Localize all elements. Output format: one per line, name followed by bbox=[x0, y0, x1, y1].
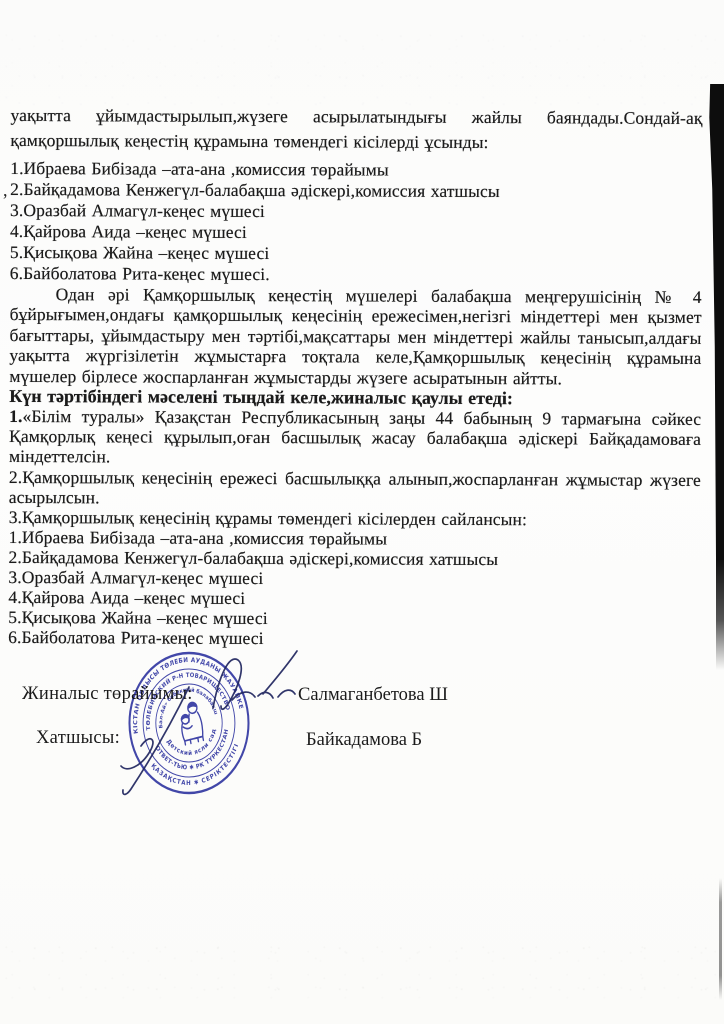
chair-signature-stroke bbox=[213, 659, 295, 709]
chair-signature-flourish bbox=[263, 651, 297, 694]
secretary-signature-stroke bbox=[123, 687, 189, 794]
signature-strokes bbox=[0, 0, 724, 1024]
secretary-signature-loop bbox=[121, 739, 153, 769]
